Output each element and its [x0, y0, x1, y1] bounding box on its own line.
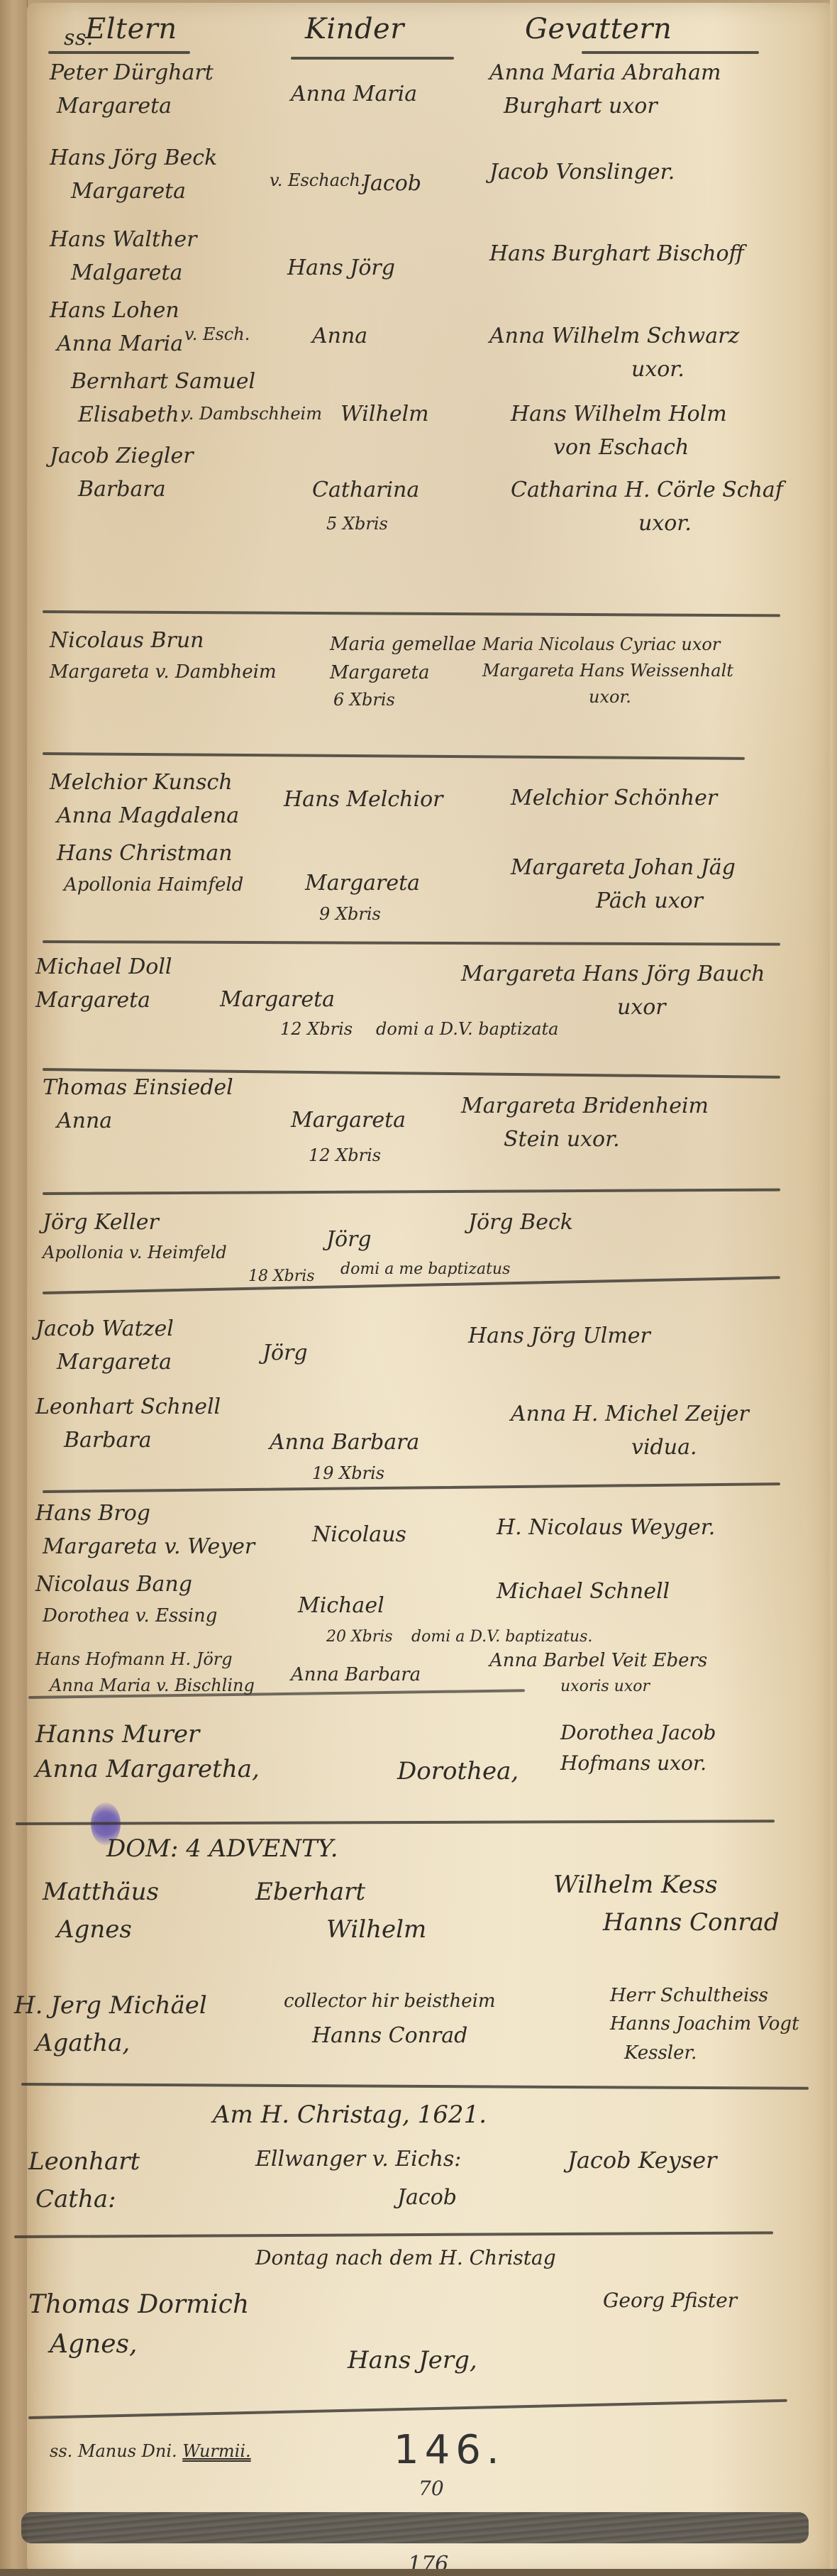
father-name: Jacob Ziegler: [50, 440, 194, 473]
mother-name: Agatha,: [14, 2025, 207, 2062]
godparent-name: Anna Maria Abraham: [489, 57, 721, 90]
header-underline: [291, 57, 454, 60]
mother-name: Anna Margaretha,: [35, 1752, 260, 1787]
header-child: Kinder: [305, 13, 404, 45]
godparent-name: Hans Jörg Ulmer: [468, 1320, 650, 1353]
child-name: Jörg: [262, 1337, 308, 1370]
header-underline: [582, 51, 759, 54]
child-name: Wilhelm: [255, 1911, 426, 1949]
godparent-name: uxor.: [511, 507, 783, 541]
manuscript-reference: ss. Manus Dni. Wurmii.: [50, 2441, 251, 2461]
baptism-date: 5 Xbris: [326, 511, 388, 537]
child-name: Maria gemellae: [330, 630, 476, 659]
godparent-name: Hofmans uxor.: [560, 1748, 716, 1778]
child-name: Hans Jerg,: [348, 2342, 477, 2379]
child-name: Anna Maria: [291, 78, 417, 111]
godparent-name: Georg Pfister: [603, 2285, 737, 2316]
origin-note: v. Esch.: [184, 321, 250, 348]
godparent-name: Päch uxor: [511, 885, 736, 918]
godparent-name: von Eschach: [511, 431, 727, 465]
father-name: Nicolaus Bang: [35, 1568, 217, 1602]
godparent-name: Jacob Vonslinger.: [489, 156, 675, 189]
mother-name: Agnes: [43, 1911, 159, 1949]
father-name: Hans Lohen: [50, 295, 183, 328]
mother-name: Malgareta: [50, 257, 196, 290]
origin-note: collector hir beistheim: [284, 1987, 496, 2015]
godparent-name: Stein uxor.: [461, 1123, 709, 1157]
child-name: Margareta: [220, 984, 335, 1017]
godparent-name: Melchior Schönher: [511, 782, 717, 815]
godparent-name: Kessler.: [610, 2039, 799, 2067]
child-name: Anna: [312, 320, 367, 353]
baptism-date: 12 Xbris: [280, 1016, 353, 1042]
godparent-name: Dorothea Jacob: [560, 1717, 716, 1748]
child-name: Anna Barbara: [270, 1426, 419, 1460]
origin-note: Ellwanger v. Eichs:: [255, 2143, 461, 2176]
father-name: Hans Jörg Beck: [50, 142, 217, 175]
child-name: Hans Jörg: [287, 252, 395, 285]
father-name: Leonhart Schnell: [35, 1391, 221, 1424]
baptism-note: domi a D.V. baptizatus.: [411, 1625, 592, 1649]
mother-name: Margareta: [35, 984, 172, 1018]
section-title-after-christmas: Dontag nach dem H. Christag: [255, 2246, 556, 2269]
father-name: Melchior Kunsch: [50, 766, 239, 800]
mother-name: Anna: [43, 1105, 233, 1138]
father-name: Thomas Dormich: [28, 2285, 249, 2325]
mother-name: Catha:: [28, 2181, 140, 2218]
section-title-advent: DOM: 4 ADVENTY.: [106, 1834, 338, 1863]
folio-number: 146.: [394, 2427, 505, 2473]
godparent-name: uxor.: [489, 353, 739, 387]
father-name: Matthäus: [43, 1873, 159, 1911]
child-name: Jörg: [326, 1223, 372, 1257]
godparent-name: Maria Nicolaus Cyriac uxor: [482, 632, 733, 658]
struck-out-line: [21, 2512, 809, 2543]
origin-note: v. Dambschheim: [181, 401, 322, 427]
mother-name: Dorothea v. Essing: [35, 1602, 217, 1630]
father-name: Hans Brog: [35, 1497, 255, 1531]
mother-name: Barbara: [35, 1424, 221, 1458]
child-name: Anna Barbara: [291, 1661, 421, 1689]
baptism-date: 12 Xbris: [309, 1143, 381, 1169]
header-godparents: Gevattern: [525, 13, 672, 45]
godparent-name: Hanns Conrad: [553, 1904, 780, 1942]
father-name: Hanns Murer: [35, 1717, 260, 1752]
child-name: Wilhelm: [340, 398, 429, 431]
godparent-name: Jörg Beck: [468, 1206, 573, 1240]
mother-name: Anna Magdalena: [50, 800, 239, 833]
father-name: Hans Walther: [50, 224, 196, 257]
godparent-name: Catharina H. Cörle Schaf: [511, 474, 783, 507]
godparent-name: Anna H. Michel Zeijer: [511, 1398, 749, 1431]
father-name: Michael Doll: [35, 951, 172, 984]
mother-name: Apollonia Haimfeld: [50, 871, 243, 899]
child-name: Jacob: [397, 2181, 457, 2215]
child-name: Michael: [298, 1590, 384, 1623]
father-name: Jacob Watzel: [35, 1313, 174, 1346]
father-name: Thomas Einsiedel: [43, 1072, 233, 1105]
mother-name: Margareta v. Weyer: [35, 1531, 255, 1564]
origin-note: v. Eschach.: [270, 167, 366, 194]
child-name: Margareta: [291, 1104, 406, 1138]
father-name: Hans Hofmann H. Jörg: [35, 1646, 255, 1673]
godparent-name: Michael Schnell: [497, 1575, 670, 1609]
godparent-name: Margareta Johan Jäg: [511, 852, 736, 885]
godparent-name: Anna Barbel Veit Ebers: [489, 1646, 707, 1675]
godparent-name: Hanns Joachim Vogt: [610, 2010, 799, 2038]
mother-name: Apollonia v. Heimfeld: [43, 1240, 227, 1266]
child-name: Nicolaus: [312, 1519, 406, 1552]
father-name: H. Jerg Michäel: [14, 1987, 207, 2025]
mother-name: Agnes,: [28, 2325, 249, 2365]
mother-name: Anna Maria: [50, 328, 183, 361]
godparent-name: Hans Wilhelm Holm: [511, 398, 727, 431]
godparent-name: Jacob Keyser: [567, 2143, 716, 2179]
reference-name: Wurmii.: [182, 2441, 250, 2461]
father-name: Peter Dürghart: [50, 57, 214, 90]
baptism-date: 18 Xbris: [248, 1265, 315, 1289]
godparent-name: Hans Burghart Bischoff: [489, 238, 744, 271]
father-name: Bernhart Samuel: [50, 365, 255, 399]
godparent-name: Margareta Hans Jörg Bauch: [461, 958, 765, 991]
father-name: Hans Christman: [50, 837, 243, 871]
godparent-name: H. Nicolaus Weyger.: [497, 1512, 715, 1545]
godparent-name: uxor: [461, 991, 765, 1025]
godparent-name: uxoris uxor: [489, 1675, 707, 1699]
godparent-name: Margareta Bridenheim: [461, 1090, 709, 1123]
page-right-edge: [830, 0, 837, 2576]
mother-name: Barbara: [50, 473, 194, 507]
child-name: Dorothea,: [397, 1753, 519, 1790]
godparent-name: Wilhelm Kess: [553, 1866, 780, 1904]
child-name: Margareta: [305, 867, 420, 901]
child-name: Catharina: [312, 474, 419, 507]
child-name: Eberhart: [255, 1873, 426, 1911]
reference-prefix: ss. Manus Dni.: [50, 2441, 177, 2461]
father-name: Nicolaus Brun: [50, 624, 277, 658]
father-name: Leonhart: [28, 2143, 140, 2181]
mother-name: Margareta: [50, 175, 217, 209]
book-spine-edge: [0, 0, 28, 2576]
child-name: Hans Melchior: [284, 783, 443, 817]
child-name: Jacob: [362, 167, 421, 201]
father-name: Jörg Keller: [43, 1206, 227, 1240]
baptism-date: 19 Xbris: [312, 1460, 384, 1487]
header-parents: Eltern: [85, 13, 177, 45]
godparent-name: Burghart uxor: [489, 90, 721, 123]
godparent-name: Anna Wilhelm Schwarz: [489, 320, 739, 353]
baptism-date: 6 Xbris: [333, 687, 395, 713]
baptism-date: 20 Xbris: [326, 1625, 393, 1649]
header-underline: [48, 51, 190, 54]
mother-name: Margareta: [35, 1346, 174, 1380]
baptism-note: domi a me baptizatus: [340, 1257, 510, 1282]
page-bottom-edge: [0, 2569, 837, 2576]
child-name: Hanns Conrad: [312, 2020, 467, 2053]
section-title-christmas: Am H. Christag, 1621.: [213, 2101, 487, 2129]
child-name: Margareta: [330, 659, 476, 687]
mother-name: Margareta: [50, 90, 214, 123]
struck-number: 70: [418, 2477, 444, 2500]
godparent-name: Margareta Hans Weissenhalt: [482, 658, 733, 684]
godparent-name: Herr Schultheiss: [610, 1981, 799, 2010]
baptism-date: 9 Xbris: [319, 901, 381, 928]
godparent-name: uxor.: [482, 684, 733, 710]
mother-name: Margareta v. Dambheim: [50, 658, 277, 686]
godparent-name: vidua.: [511, 1431, 749, 1465]
